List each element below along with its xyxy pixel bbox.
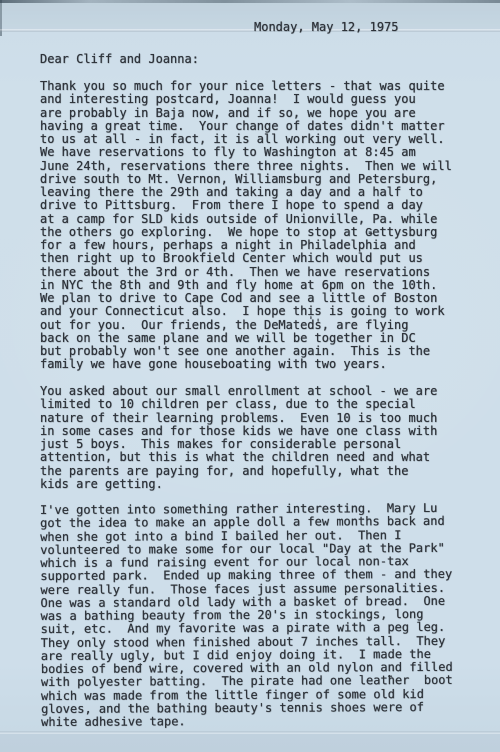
letter-page: Monday, May 12, 1975 Dear Cliff and Joan… <box>0 0 500 752</box>
letter-paragraph-school-enrollment: You asked about our small enrollment at … <box>40 385 437 491</box>
letter-date: Monday, May 12, 1975 <box>254 21 399 34</box>
fold-shading-bottom <box>0 734 500 752</box>
letter-paragraph-travel-plans: Thank you so much for your nice letters … <box>40 80 452 372</box>
letter-salutation: Dear Cliff and Joanna: <box>40 53 199 66</box>
fold-crease-top <box>0 29 500 32</box>
fold-shading-top <box>0 3 500 29</box>
letter-paragraph-apple-dolls: I've gotten into something rather intere… <box>40 502 453 729</box>
